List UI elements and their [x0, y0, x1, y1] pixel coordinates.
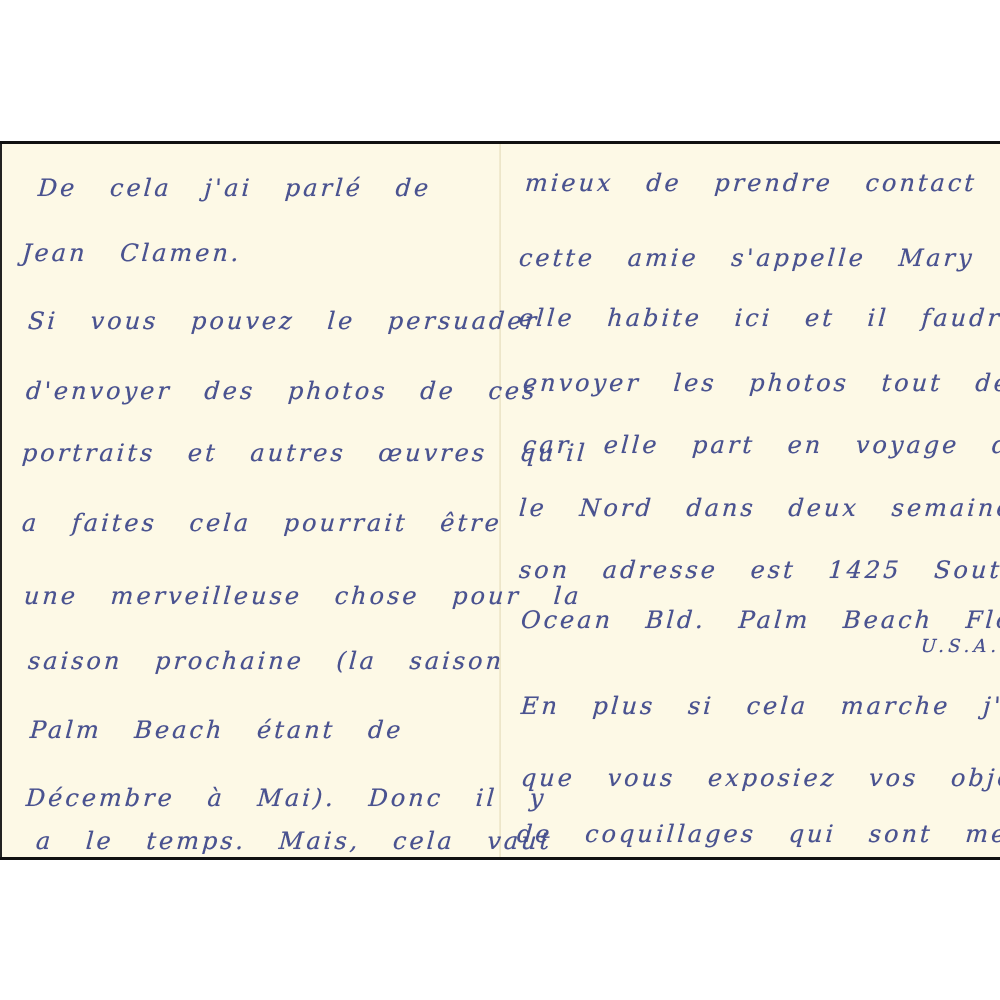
handwritten-line: de coquillages qui sont merveilleux	[516, 820, 1000, 848]
handwritten-line: le Nord dans deux semaines.	[518, 494, 1000, 522]
bottom-margin	[0, 860, 1000, 1000]
handwritten-line: Décembre à Mai). Donc il y	[25, 784, 547, 812]
handwritten-line: Si vous pouvez le persuader	[27, 307, 540, 335]
letter-sheet: De cela j'ai parlé de Jean Clamen. Si vo…	[0, 141, 1000, 860]
handwritten-line: saison prochaine (la saison	[27, 647, 505, 675]
handwritten-line: Jean Clamen.	[21, 239, 243, 267]
left-page: De cela j'ai parlé de Jean Clamen. Si vo…	[0, 144, 499, 857]
handwritten-line: En plus si cela marche j'aimerais	[520, 692, 1000, 720]
right-page: mieux de prendre contact à présent cette…	[501, 144, 1000, 857]
handwritten-line: d'envoyer des photos de ces	[25, 377, 538, 405]
handwritten-line: mieux de prendre contact à présent	[524, 169, 1000, 197]
handwritten-line: Ocean Bld. Palm Beach Florida	[520, 606, 1000, 634]
top-margin	[0, 0, 1000, 141]
handwritten-line: U.S.A.	[920, 636, 1000, 657]
handwritten-line: une merveilleuse chose pour la	[23, 582, 583, 610]
handwritten-line: envoyer les photos tout de suite	[522, 369, 1000, 397]
handwritten-line: Palm Beach étant de	[29, 716, 405, 744]
handwritten-line: son adresse est 1425 South	[518, 556, 1000, 584]
handwritten-line: elle habite ici et il faudrait	[518, 304, 1000, 332]
handwritten-line: que vous exposiez vos objets	[520, 764, 1000, 792]
handwritten-line: a le temps. Mais, cela vaut	[35, 827, 553, 855]
handwritten-line: car elle part en voyage dans	[522, 431, 1000, 459]
handwritten-line: cette amie s'appelle Mary Benson	[518, 244, 1000, 272]
handwritten-line: a faites cela pourrait être	[21, 509, 503, 537]
handwritten-line: De cela j'ai parlé de	[37, 174, 432, 202]
